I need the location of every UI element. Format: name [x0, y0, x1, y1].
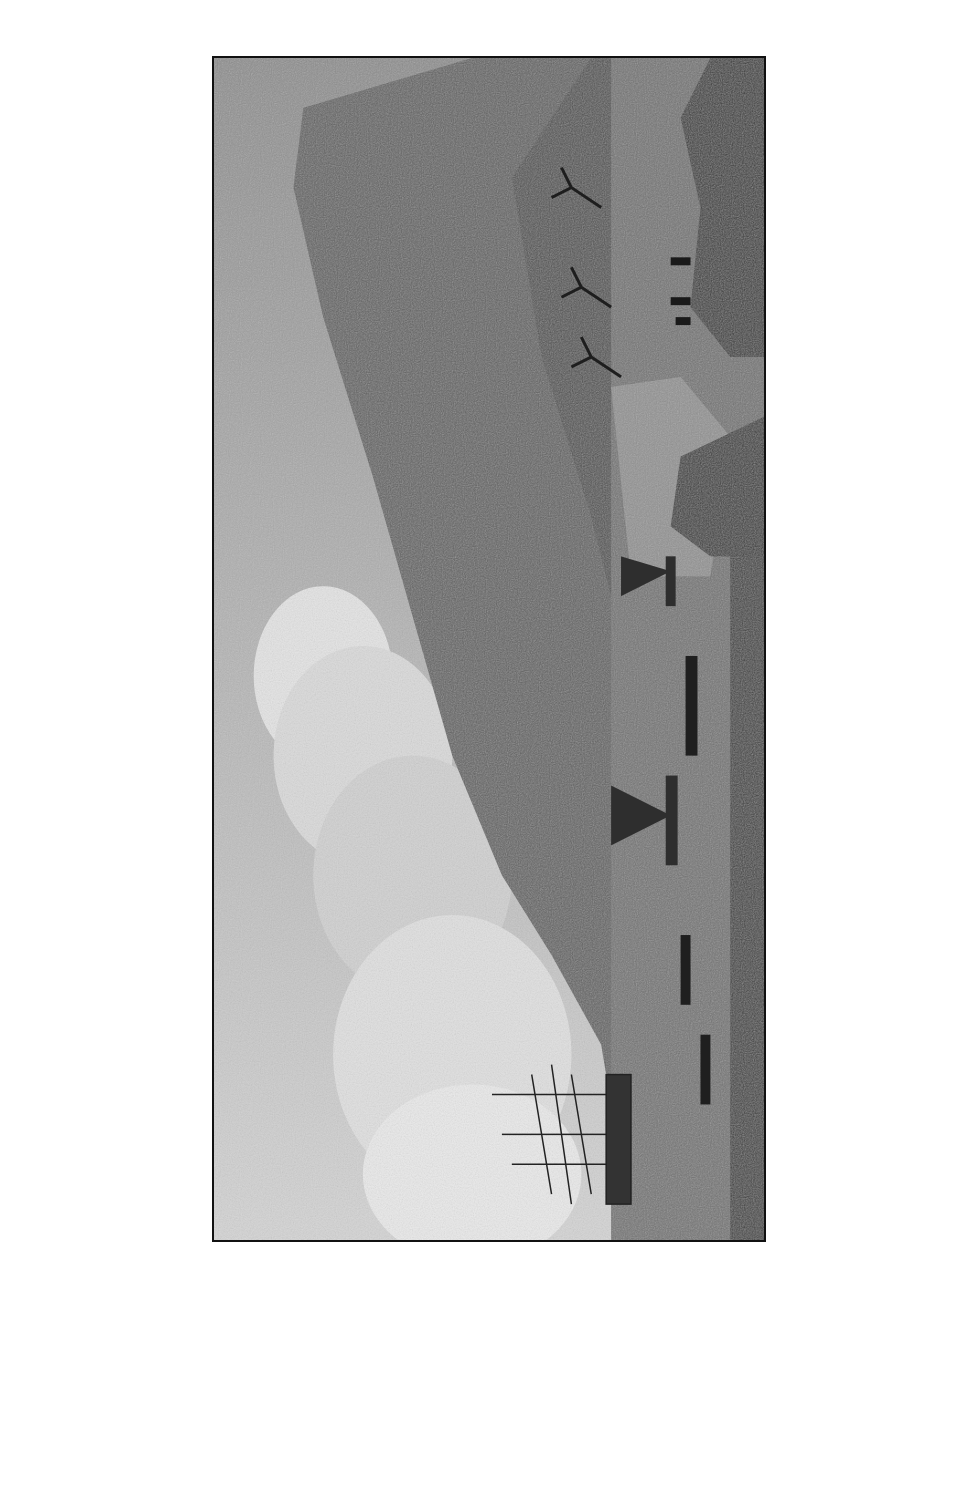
engraving-illustration [214, 58, 764, 1240]
engraving-plate [212, 56, 766, 1242]
